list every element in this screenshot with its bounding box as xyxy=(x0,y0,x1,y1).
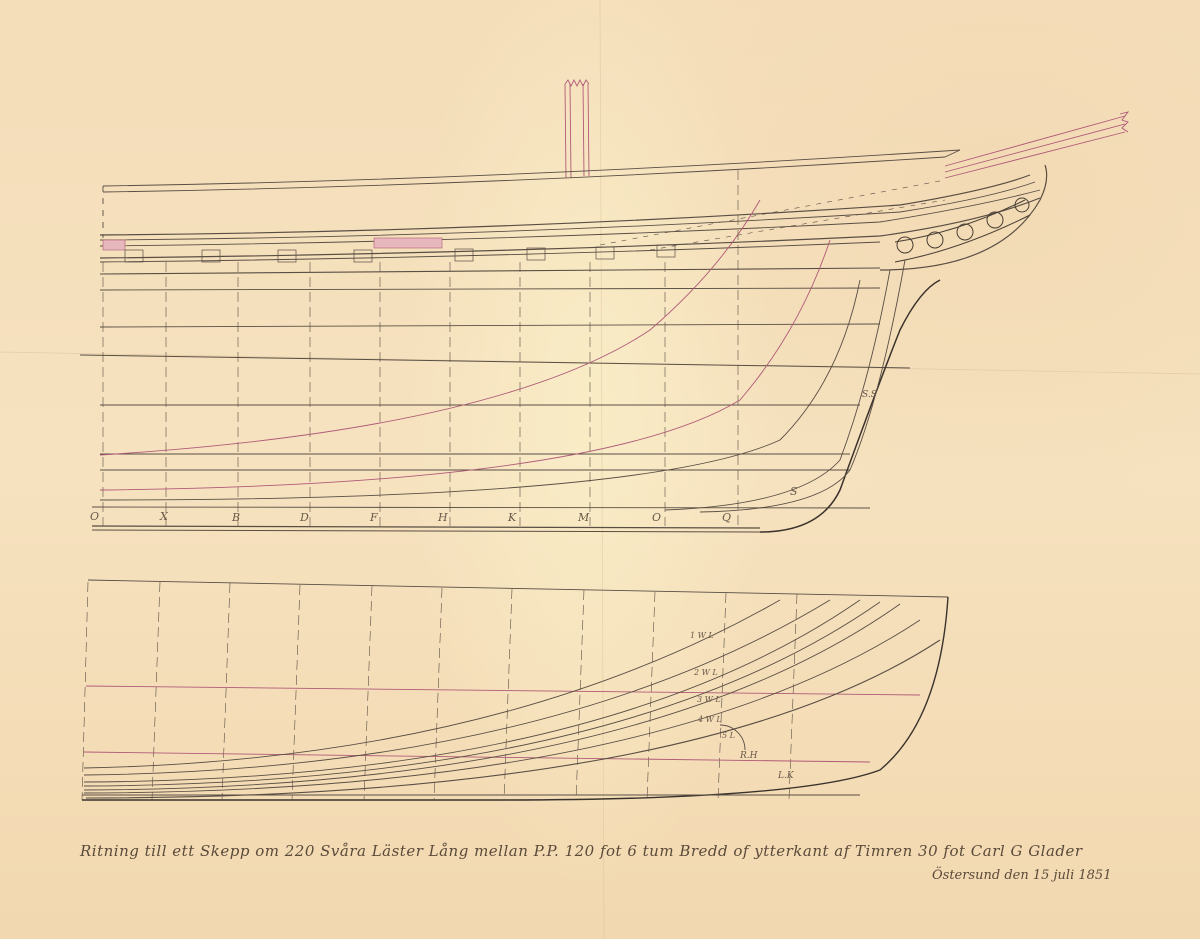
bowsprit xyxy=(945,112,1128,178)
profile-view xyxy=(80,80,1128,532)
svg-text:S: S xyxy=(790,485,798,498)
svg-text:3 W L: 3 W L xyxy=(697,695,721,704)
place-date: Östersund den 15 juli 1851 xyxy=(932,868,1111,883)
drawing-caption: Ritning till ett Skepp om 220 Svåra Läst… xyxy=(80,842,1083,860)
svg-text:M: M xyxy=(577,511,590,524)
svg-text:L.K: L.K xyxy=(777,771,795,781)
svg-text:X: X xyxy=(159,510,169,523)
waterline-labels: 1 W L 2 W L 3 W L 4 W L 5 L R.H L.K xyxy=(690,631,795,781)
svg-text:4 W L: 4 W L xyxy=(697,715,722,724)
svg-text:5 L: 5 L xyxy=(722,731,735,740)
svg-text:F: F xyxy=(369,511,378,524)
svg-text:H: H xyxy=(437,511,448,524)
mast-stub xyxy=(565,80,589,178)
svg-text:S.S: S.S xyxy=(862,390,877,400)
ship-plan-sheet: O X B D F H K M O Q S S.S xyxy=(0,0,1200,939)
svg-text:O: O xyxy=(652,511,661,524)
half-breadth-view xyxy=(82,580,948,800)
svg-text:R.H: R.H xyxy=(739,751,758,761)
svg-text:O: O xyxy=(90,510,99,523)
svg-text:2 W L: 2 W L xyxy=(693,668,718,677)
svg-text:1 W L: 1 W L xyxy=(690,631,714,640)
svg-text:B: B xyxy=(231,511,240,524)
ship-plan-drawing: O X B D F H K M O Q S S.S xyxy=(0,0,1200,939)
svg-text:Q: Q xyxy=(722,511,731,524)
svg-text:D: D xyxy=(299,511,309,524)
profile-station-labels: O X B D F H K M O Q S S.S xyxy=(90,390,877,524)
svg-text:K: K xyxy=(507,511,517,524)
